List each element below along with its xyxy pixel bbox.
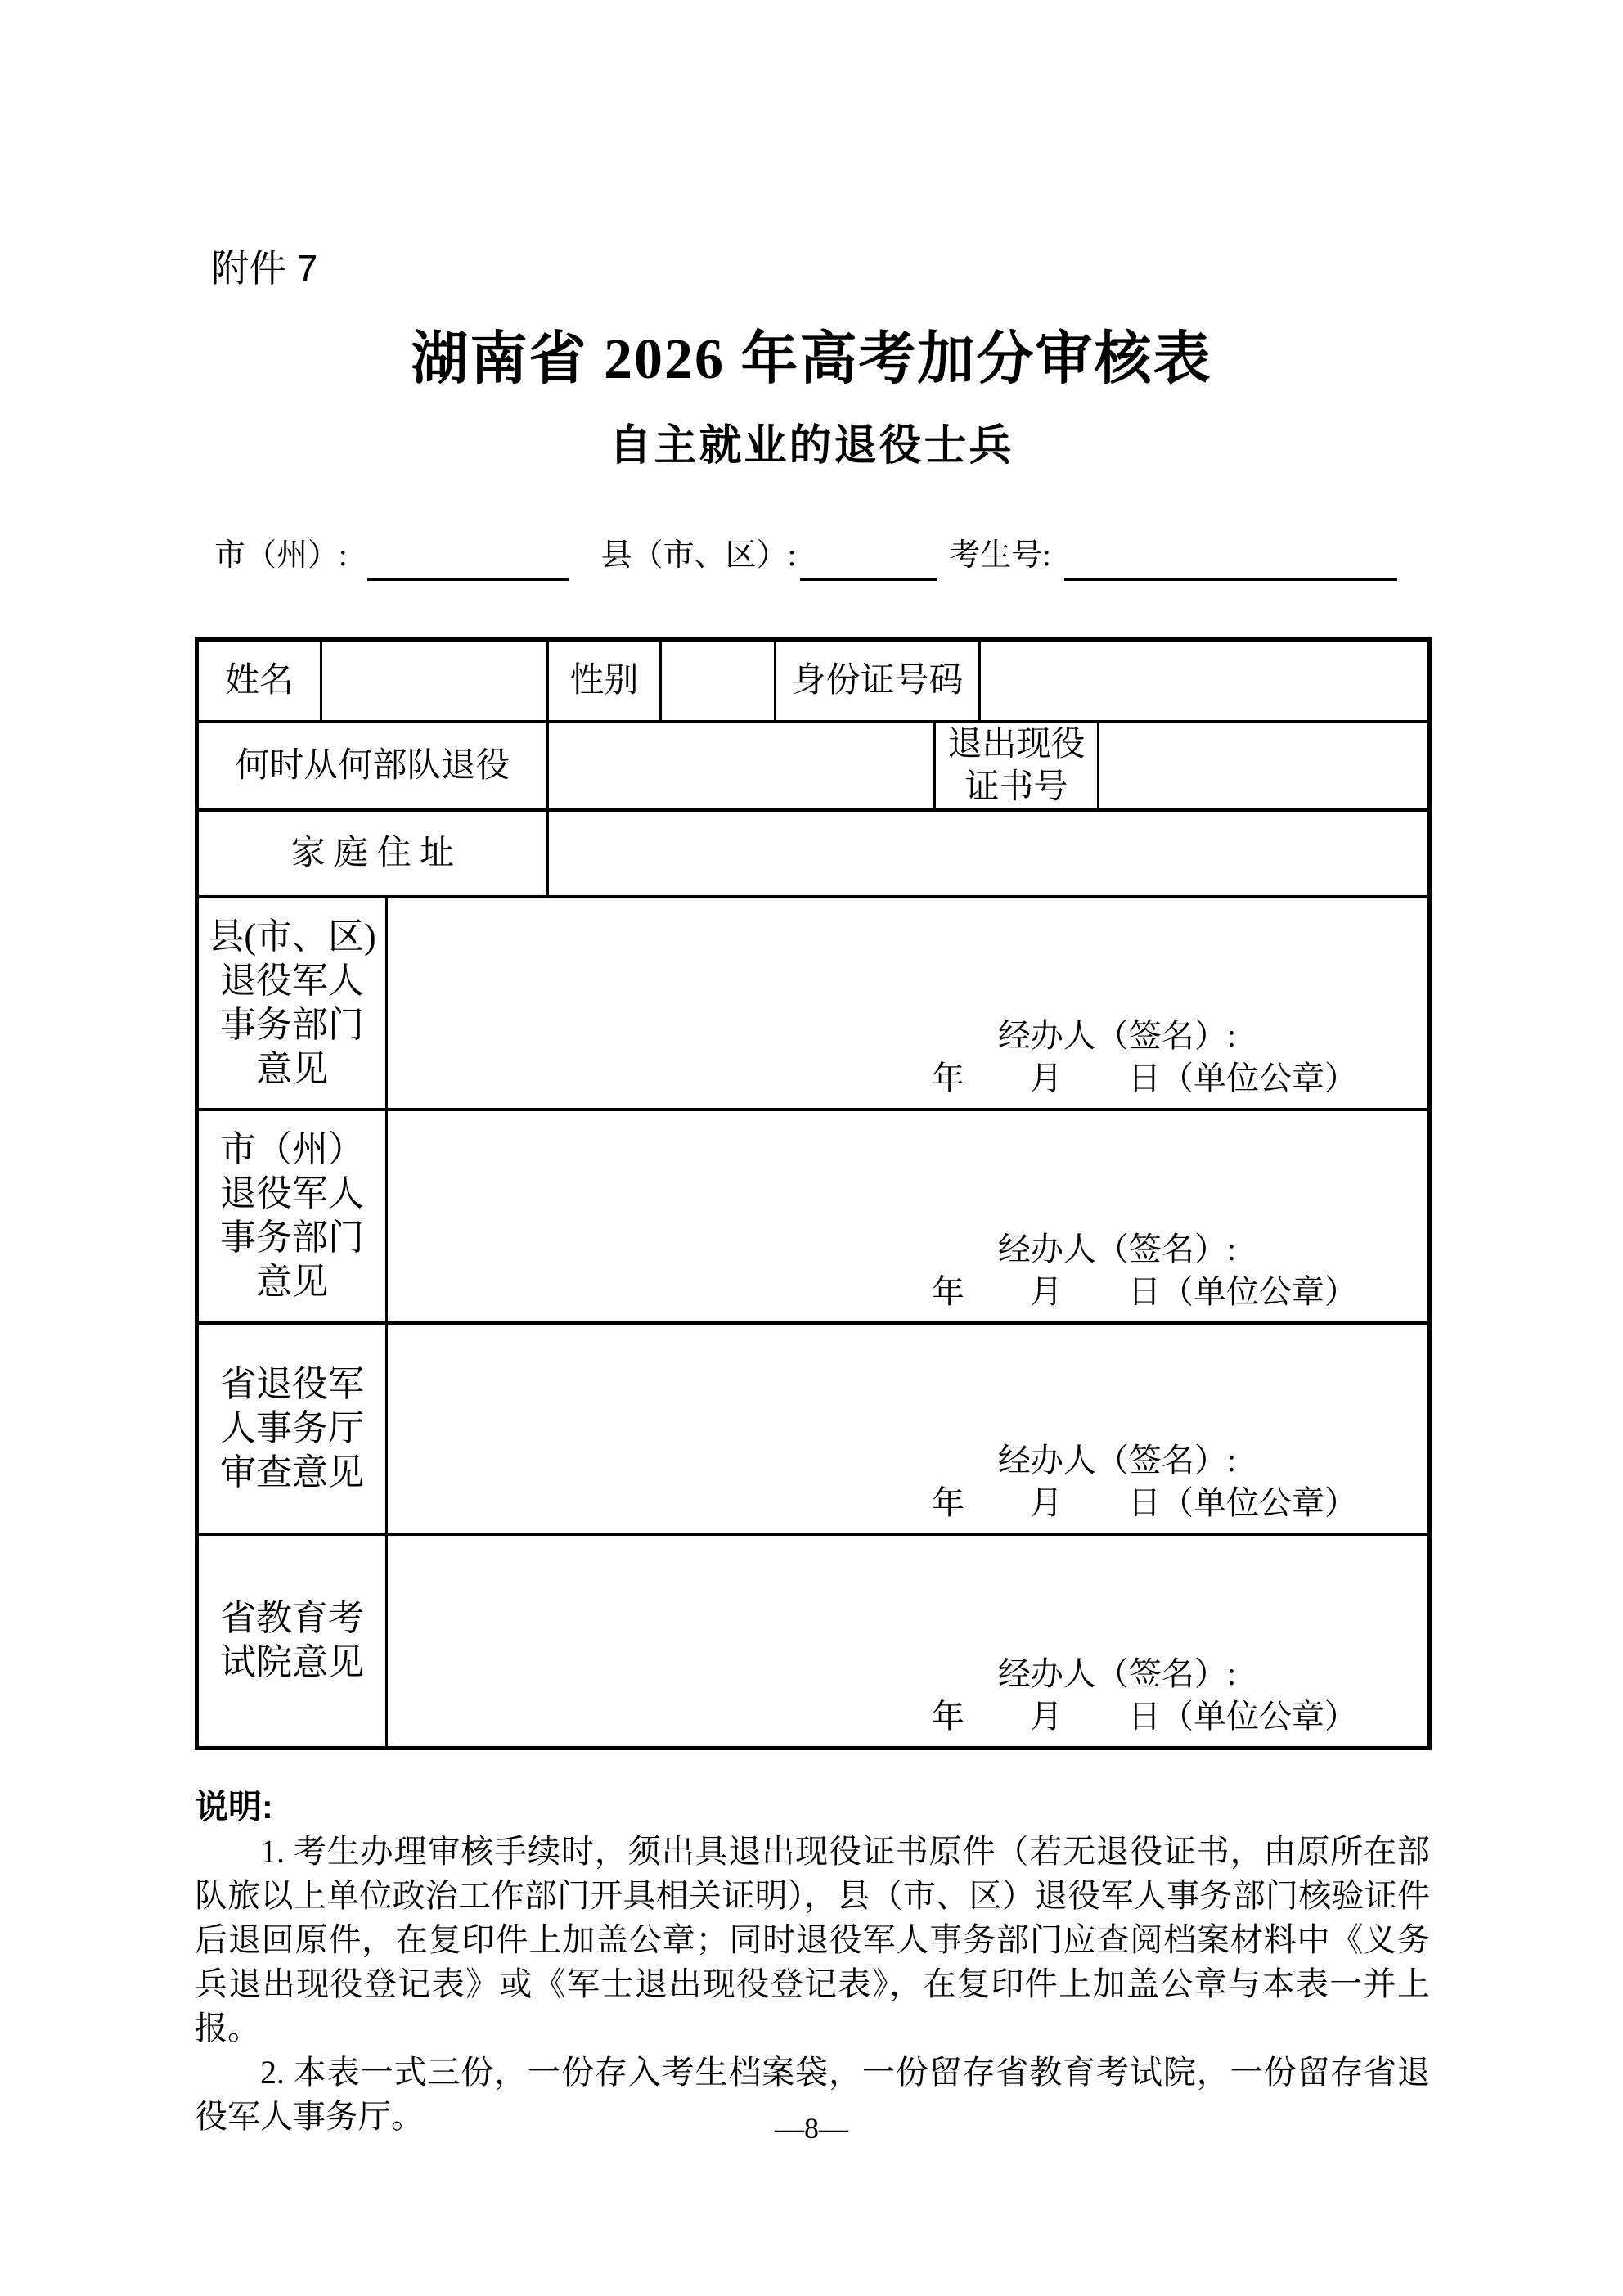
table-row: 家 庭 住 址: [197, 810, 1430, 897]
handler-signature-label: 经办人（签名）:: [932, 1228, 1236, 1271]
signature-block: 经办人（签名）: 年 月 日（单位公章）: [932, 1228, 1357, 1313]
notes-section: 说明: 1. 考生办理审核手续时，须出具退出现役证书原件（若无退役证书，由原所在…: [195, 1784, 1430, 2139]
table-row: 市（州） 退役军人 事务部门 意见 经办人（签名）: 年 月 日（单位公章）: [197, 1110, 1430, 1323]
province-veterans-dept-review-label: 省退役军 人事务厅 审查意见: [197, 1323, 387, 1534]
date-seal-label: 年 月 日（单位公章）: [932, 1482, 1357, 1524]
city-state-label: 市（州）:: [214, 530, 348, 581]
county-veterans-dept-opinion-cell[interactable]: 经办人（签名）: 年 月 日（单位公章）: [387, 897, 1430, 1110]
table-row: 省教育考 试院意见 经办人（签名）: 年 月 日（单位公章）: [197, 1534, 1430, 1749]
notes-heading: 说明:: [195, 1784, 1430, 1830]
page-title: 湖南省 2026 年高考加分审核表: [0, 319, 1623, 401]
signature-block: 经办人（签名）: 年 月 日（单位公章）: [932, 1439, 1357, 1524]
name-label: 姓名: [197, 640, 321, 722]
gender-input-cell[interactable]: [661, 640, 776, 722]
handler-signature-label: 经办人（签名）:: [932, 1439, 1236, 1482]
id-number-label: 身份证号码: [776, 640, 980, 722]
handler-signature-label: 经办人（签名）:: [932, 1653, 1236, 1695]
date-seal-label: 年 月 日（单位公章）: [932, 1271, 1357, 1313]
name-input-cell[interactable]: [321, 640, 548, 722]
discharge-from-label: 何时从何部队退役: [197, 722, 548, 810]
discharge-cert-number-label: 退出现役 证书号: [935, 722, 1099, 810]
page-number: —8—: [0, 2109, 1623, 2147]
city-veterans-dept-opinion-cell[interactable]: 经办人（签名）: 年 月 日（单位公章）: [387, 1110, 1430, 1323]
signature-block: 经办人（签名）: 年 月 日（单位公章）: [932, 1015, 1357, 1100]
table-row: 姓名 性别 身份证号码: [197, 640, 1430, 722]
city-veterans-dept-opinion-label: 市（州） 退役军人 事务部门 意见: [197, 1110, 387, 1323]
candidate-number-label: 考生号:: [949, 530, 1051, 581]
date-seal-label: 年 月 日（单位公章）: [932, 1057, 1357, 1100]
review-form-table: 姓名 性别 身份证号码 何时从何部队退役 退出现役 证书号 家 庭 住 址 县(…: [195, 637, 1432, 1750]
home-address-label: 家 庭 住 址: [197, 810, 548, 897]
province-veterans-dept-review-cell[interactable]: 经办人（签名）: 年 月 日（单位公章）: [387, 1323, 1430, 1534]
discharge-from-input-cell[interactable]: [548, 722, 935, 810]
county-label: 县（市、区）:: [601, 530, 797, 581]
county-blank-field[interactable]: [800, 533, 937, 581]
discharge-cert-number-input-cell[interactable]: [1099, 722, 1430, 810]
header-fill-line: 市（州）: 县（市、区）: 考生号:: [214, 530, 1433, 581]
gender-label: 性别: [548, 640, 661, 722]
candidate-number-blank-field[interactable]: [1064, 533, 1397, 581]
attachment-label: 附件 7: [211, 245, 317, 291]
handler-signature-label: 经办人（签名）:: [932, 1015, 1236, 1057]
province-education-exam-board-opinion-cell[interactable]: 经办人（签名）: 年 月 日（单位公章）: [387, 1534, 1430, 1749]
province-education-exam-board-opinion-label: 省教育考 试院意见: [197, 1534, 387, 1749]
county-veterans-dept-opinion-label: 县(市、区) 退役军人 事务部门 意见: [197, 897, 387, 1110]
table-row: 县(市、区) 退役军人 事务部门 意见 经办人（签名）: 年 月 日（单位公章）: [197, 897, 1430, 1110]
home-address-input-cell[interactable]: [548, 810, 1430, 897]
table-row: 省退役军 人事务厅 审查意见 经办人（签名）: 年 月 日（单位公章）: [197, 1323, 1430, 1534]
page-subtitle: 自主就业的退役士兵: [0, 416, 1623, 478]
note-item-1: 1. 考生办理审核手续时，须出具退出现役证书原件（若无退役证书，由原所在部队旅以…: [195, 1830, 1430, 2051]
table-row: 何时从何部队退役 退出现役 证书号: [197, 722, 1430, 810]
document-page: 附件 7 湖南省 2026 年高考加分审核表 自主就业的退役士兵 市（州）: 县…: [0, 0, 1623, 2296]
date-seal-label: 年 月 日（单位公章）: [932, 1695, 1357, 1738]
city-state-blank-field[interactable]: [367, 533, 569, 581]
id-number-input-cell[interactable]: [980, 640, 1430, 722]
signature-block: 经办人（签名）: 年 月 日（单位公章）: [932, 1653, 1357, 1738]
